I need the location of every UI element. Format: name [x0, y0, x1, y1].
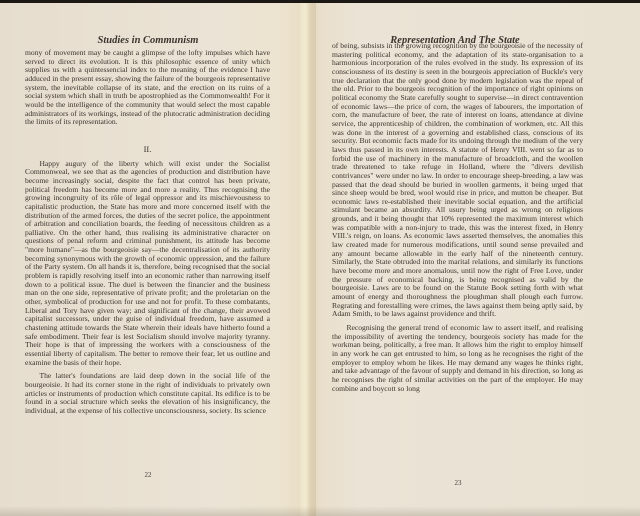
- paragraph: Happy augury of the liberty which will e…: [25, 160, 270, 368]
- paragraph: Recognising the general trend of economi…: [332, 324, 583, 393]
- running-head-left: Studies in Communism: [26, 35, 270, 46]
- section-number: II.: [25, 145, 270, 154]
- paragraph: mony of movement may be caught a glimpse…: [25, 49, 270, 127]
- paragraph: The latter's foundations are laid deep d…: [25, 372, 270, 415]
- left-page: Studies in Communism mony of movement ma…: [0, 3, 308, 516]
- book-gutter: [300, 3, 316, 516]
- paragraph: of being, subsists in the growing recogn…: [332, 42, 583, 319]
- page-number-left: 22: [140, 471, 156, 479]
- page-bottom-shadow: [0, 506, 640, 516]
- right-page: Representation And The State of being, s…: [308, 3, 640, 516]
- book-spread: Studies in Communism mony of movement ma…: [0, 3, 640, 516]
- right-page-body: of being, subsists in the growing recogn…: [332, 42, 583, 393]
- page-number-right: 23: [450, 479, 466, 487]
- left-page-body: mony of movement may be caught a glimpse…: [25, 49, 270, 416]
